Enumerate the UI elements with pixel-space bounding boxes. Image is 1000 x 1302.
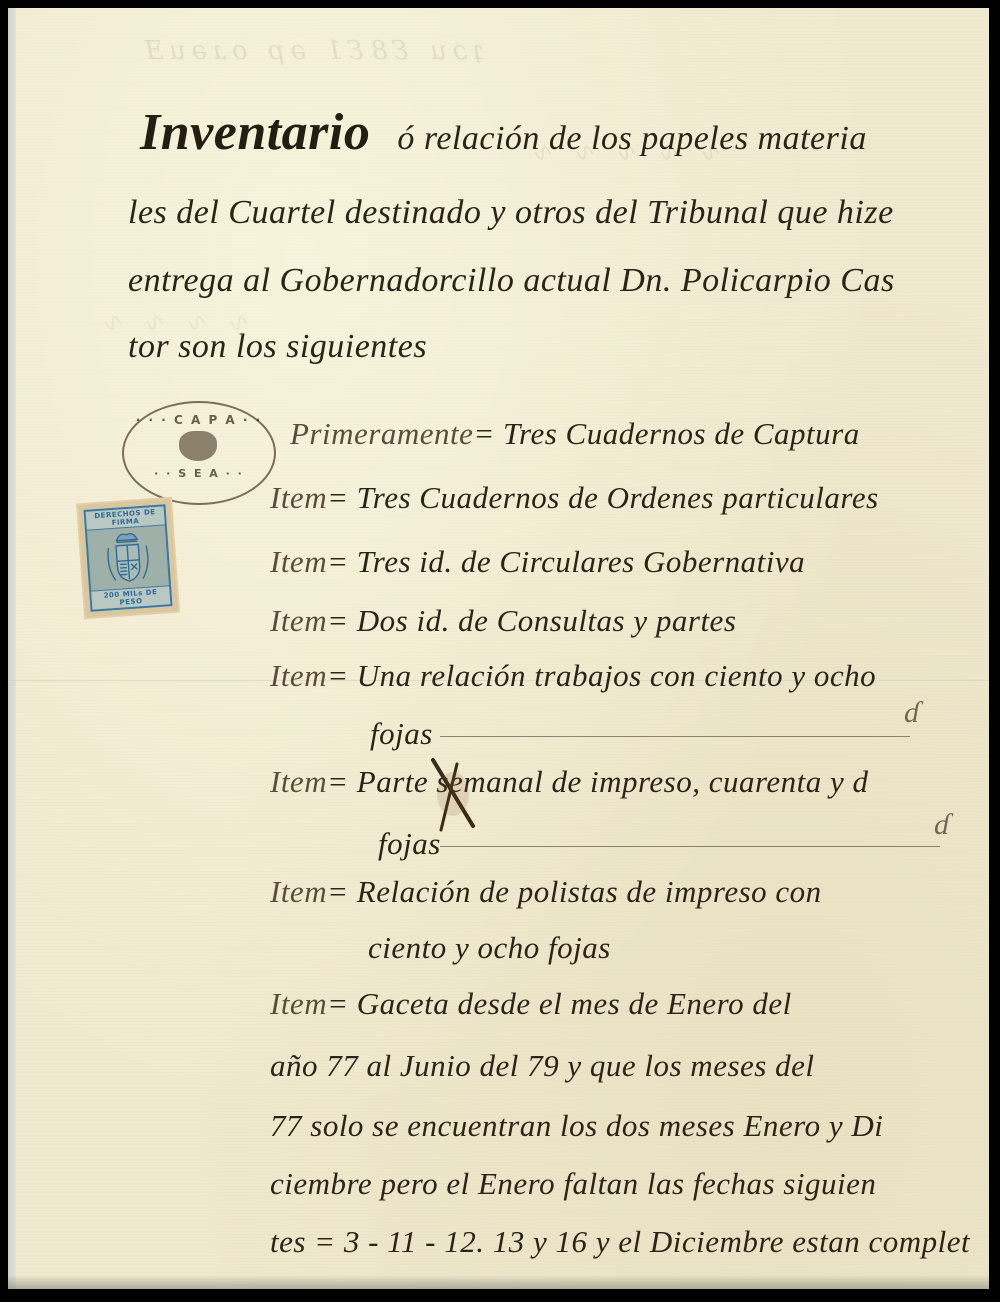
item-8-separator: = [327, 986, 348, 1021]
item-6-continuation: fojas [378, 826, 441, 862]
item-7: Item= Relación de polistas de impreso co… [270, 874, 822, 910]
item-7-text: Relación de polistas de impreso con [357, 874, 822, 909]
page-bottom-shadow [8, 1275, 989, 1289]
item-2-separator: = [327, 480, 348, 515]
bleed-through-text: ʇɔu Ɛ8Ɛ1 ǝp oɹǝuƎ [138, 36, 484, 66]
item-8-line-3: 77 solo se encuentran los dos meses Ener… [270, 1108, 883, 1144]
item-5: Item= Una relación trabajos con ciento y… [270, 658, 876, 694]
item-8-prefix: Item [270, 986, 327, 1021]
item-3-prefix: Item [270, 544, 327, 579]
item-1-prefix: Primeramente [290, 416, 473, 451]
seal-bottom-text: · · S E A · · [124, 467, 274, 480]
item-7-continuation: ciento y ocho fojas [368, 930, 611, 966]
heading-line-4: tor son los siguientes [128, 328, 427, 366]
document-page: ʇɔu Ɛ8Ɛ1 ǝp oɹǝuƎ ∿ ∿ ∿ ∿ ∿ ∿ ∿ ∿ ∿ Inve… [8, 8, 989, 1289]
item-1-text: Tres Cuadernos de Captura [503, 416, 860, 451]
seal-top-text: · · · C A P A · · [124, 413, 274, 427]
item-2-prefix: Item [270, 480, 327, 515]
heading-line-1-text: ó relación de los papeles materia [397, 120, 866, 157]
crown-icon [179, 431, 217, 461]
item-2-text: Tres Cuadernos de Ordenes particulares [357, 480, 879, 515]
item-8-text: Gaceta desde el mes de Enero del [357, 986, 792, 1021]
item-7-prefix: Item [270, 874, 327, 909]
coat-of-arms-icon [96, 526, 160, 590]
item-5-prefix: Item [270, 658, 327, 693]
page-edge-strip [8, 8, 16, 1289]
item-4-prefix: Item [270, 603, 327, 638]
item-1: Primeramente= Tres Cuadernos de Captura [290, 416, 860, 452]
heading-line-3: entrega al Gobernadorcillo actual Dn. Po… [128, 262, 895, 300]
item-5-text: Una relación trabajos con ciento y ocho [357, 658, 876, 693]
item-7-separator: = [327, 874, 348, 909]
item-3-separator: = [327, 544, 348, 579]
stamp-bottom-text: 200 MILs DE PESO [91, 585, 170, 609]
revenue-stamp: DERECHOS DE FIRMA 200 MILs DE PESO [78, 499, 178, 617]
line-filler-flourish [440, 736, 910, 737]
item-8: Item= Gaceta desde el mes de Enero del [270, 986, 792, 1022]
item-8-line-4: ciembre pero el Enero faltan las fechas … [270, 1166, 876, 1202]
item-5-separator: = [327, 658, 348, 693]
line-filler-flourish-2 [440, 846, 940, 847]
item-8-line-5: tes = 3 - 11 - 12. 13 y 16 y el Diciembr… [270, 1224, 970, 1260]
item-3: Item= Tres id. de Circulares Gobernativa [270, 544, 805, 580]
item-4: Item= Dos id. de Consultas y partes [270, 603, 736, 639]
item-2: Item= Tres Cuadernos de Ordenes particul… [270, 480, 879, 516]
heading-line-2: les del Cuartel destinado y otros del Tr… [128, 194, 894, 232]
item-6-separator: = [327, 764, 348, 799]
item-3-text: Tres id. de Circulares Gobernativa [357, 544, 805, 579]
item-1-separator: = [473, 416, 494, 451]
item-6: Item= Parte semanal de impreso, cuarenta… [270, 764, 869, 800]
document-title: Inventario [140, 104, 370, 161]
ink-seal: · · · C A P A · · · · S E A · · [122, 401, 276, 505]
item-8-line-2: año 77 al Junio del 79 y que los meses d… [270, 1048, 814, 1084]
item-6-prefix: Item [270, 764, 327, 799]
ink-cross-mark [423, 754, 483, 834]
flourish-end-mark-2: ɗ [934, 808, 949, 842]
item-5-continuation: fojas [370, 716, 433, 752]
item-4-separator: = [327, 603, 348, 638]
heading-line-1: Inventario ó relación de los papeles mat… [140, 103, 867, 162]
revenue-stamp-frame: DERECHOS DE FIRMA 200 MILs DE PESO [84, 504, 173, 611]
flourish-end-mark: ɗ [904, 696, 919, 730]
item-4-text: Dos id. de Consultas y partes [357, 603, 737, 638]
